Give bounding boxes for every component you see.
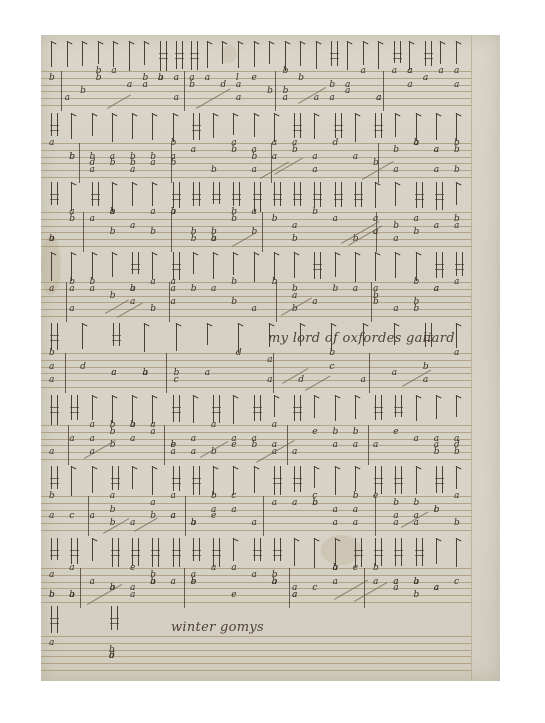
tab-letter: a [171, 512, 176, 521]
tab-letter: a [414, 139, 419, 148]
tab-letter: b [110, 159, 116, 168]
tab-letter: a [272, 421, 277, 430]
tab-letter: b [292, 235, 298, 244]
bar-line [169, 282, 170, 322]
tab-letter: a [211, 506, 216, 515]
staff-line [41, 496, 471, 497]
rhythm-beam [293, 483, 302, 484]
tablature-staff: abbaabaaabeaaabbaebaaeaaabbaaacabaeabaaa… [41, 568, 471, 604]
tab-letter: e [353, 564, 358, 573]
tab-letter: a [373, 578, 378, 587]
rhythm-beam [172, 269, 181, 270]
tab-letter: b [211, 166, 217, 175]
rhythm-beam [393, 58, 402, 59]
tab-letter: d [333, 139, 339, 148]
staff-line [41, 387, 471, 388]
bar-line [88, 496, 89, 536]
rhythm-flag [335, 252, 336, 277]
rhythm-flag [144, 323, 145, 352]
tab-letter: b [90, 278, 96, 287]
tab-letter: a [434, 285, 439, 294]
rhythm-beam [192, 130, 201, 131]
rhythm-beam [253, 550, 262, 551]
rhythm-beam [313, 264, 322, 265]
bar-line [275, 71, 276, 111]
rhythm-beam [293, 407, 302, 408]
rhythm-flag [335, 395, 336, 421]
piece-title-winter-gomys: winter gomys [171, 620, 264, 635]
rhythm-beam [253, 412, 262, 413]
rhythm-grid-sign [274, 466, 275, 495]
tab-letter: b [393, 146, 399, 155]
tab-letter: a [252, 571, 257, 580]
staff-line [41, 219, 471, 220]
rhythm-beam [50, 340, 59, 341]
rhythm-grid-sign [112, 538, 113, 567]
tab-letter: a [150, 499, 155, 508]
rhythm-flag [314, 113, 315, 139]
bar-line [171, 143, 172, 183]
rhythm-grid-sign [51, 323, 52, 350]
rhythm-beam [212, 412, 221, 413]
rhythm-beam [70, 550, 79, 551]
rhythm-grid-sign [173, 395, 174, 422]
staff-line [41, 602, 471, 603]
rhythm-beam [192, 483, 201, 484]
tablature-staff: abbdababbbaabbabababbaaaabaaadababbaaaab… [41, 143, 471, 179]
tab-letter: a [252, 166, 257, 175]
piece-title-oxford-galliard: my lord of oxfordes galiard [268, 331, 455, 346]
tablature-staff: abcaabbabaaaaabeabcaaaacbbaaabaeaabaabcb… [41, 496, 471, 532]
tab-letter: a [361, 376, 366, 385]
bar-line [80, 568, 81, 608]
rhythm-grid-sign [182, 41, 183, 69]
rhythm-beam [50, 478, 59, 479]
tab-letter: a [90, 578, 95, 587]
tab-letter: a [314, 94, 319, 103]
bar-line [273, 353, 274, 393]
tab-letter: a [65, 94, 70, 103]
tab-letter: b [231, 215, 237, 224]
rhythm-beam [131, 264, 140, 265]
tab-letter: e [252, 74, 257, 83]
staff-line [41, 643, 471, 644]
rhythm-flag [254, 252, 255, 282]
rhythm-beam [192, 125, 201, 126]
rhythm-flag [355, 395, 356, 419]
tab-letter: a [252, 146, 257, 155]
tab-letter: b [110, 292, 116, 301]
tab-letter: a [90, 435, 95, 444]
tab-letter: a [252, 305, 257, 314]
rhythm-beam [111, 478, 120, 479]
rhythm-flag [233, 252, 234, 275]
rhythm-beam [374, 555, 383, 556]
rhythm-beam [172, 412, 181, 413]
tab-letter: a [90, 421, 95, 430]
tab-letter: a [174, 94, 179, 103]
rhythm-flag [294, 252, 295, 278]
rhythm-flag [436, 113, 437, 140]
tab-letter: a [392, 67, 397, 76]
rhythm-grid-sign [401, 538, 402, 566]
tab-letter: a [252, 519, 257, 528]
staff-line [41, 296, 471, 297]
tab-letter: a [393, 235, 398, 244]
tab-letter: c [312, 584, 317, 593]
tab-letter: a [69, 435, 74, 444]
rhythm-beam [354, 555, 363, 556]
rhythm-beam [91, 194, 100, 195]
tab-letter: b [373, 292, 379, 301]
rhythm-beam [253, 555, 262, 556]
tab-letter: b [333, 428, 339, 437]
rhythm-flag [238, 41, 239, 68]
tab-letter: b [231, 146, 237, 155]
rhythm-flag [233, 113, 234, 135]
bar-line [61, 71, 62, 111]
rhythm-flag [92, 113, 93, 136]
tab-letter: a [292, 222, 297, 231]
tab-letter: a [454, 492, 459, 501]
staff-line [41, 353, 471, 354]
tab-letter: e [312, 428, 317, 437]
rhythm-grid-sign [401, 466, 402, 494]
tab-letter: a [127, 81, 132, 90]
hold-stroke [282, 368, 308, 384]
rhythm-grid-sign [300, 466, 301, 492]
tab-letter: b [142, 74, 148, 83]
tab-letter: a [205, 369, 210, 378]
rhythm-flag [132, 113, 133, 139]
tab-letter: a [312, 166, 317, 175]
rhythm-grid-sign [132, 252, 133, 274]
rhythm-grid-sign [280, 466, 281, 495]
tab-letter: b [393, 499, 399, 508]
tablature-staff: aaababbaabbaaaababbababbababababbbaaa [41, 282, 471, 318]
rhythm-beam [151, 555, 160, 556]
bar-line [376, 212, 377, 252]
tab-letter: a [191, 571, 196, 580]
tab-letter: a [454, 67, 459, 76]
rhythm-flag [335, 466, 336, 495]
rhythm-flag [395, 252, 396, 278]
rhythm-flag [213, 113, 214, 138]
staff-line [41, 452, 471, 453]
rhythm-beam [131, 269, 140, 270]
rhythm-flag [416, 466, 417, 494]
rhythm-beam [374, 130, 383, 131]
tab-letter: a [434, 584, 439, 593]
rhythm-grid-sign [442, 182, 443, 210]
tab-letter: e [393, 428, 398, 437]
manuscript-page: babbbaaababaaabadlaaebabbbabaaaaaaaaaaaa… [41, 35, 500, 681]
tab-letter: a [376, 94, 381, 103]
rhythm-flag [51, 41, 52, 67]
tab-letter: a [130, 591, 135, 600]
rhythm-flag [92, 466, 93, 493]
rhythm-beam [111, 483, 120, 484]
rhythm-beam [374, 125, 383, 126]
rhythm-grid-sign [213, 182, 214, 204]
tab-letter: a [174, 74, 179, 83]
rhythm-grid-sign [138, 252, 139, 274]
rhythm-flag [314, 538, 315, 568]
rhythm-beam [212, 194, 221, 195]
tab-letter: a [353, 441, 358, 450]
rhythm-flag [456, 323, 457, 348]
tab-letter: b [109, 646, 115, 655]
rhythm-beam [273, 483, 282, 484]
rhythm-flag [363, 41, 364, 65]
tab-letter: b [49, 591, 55, 600]
rhythm-beam [354, 199, 363, 200]
staff-line [41, 656, 471, 657]
tab-letter: b [414, 499, 420, 508]
tab-letter: a [49, 448, 54, 457]
tab-letter: a [90, 512, 95, 521]
tab-letter: c [329, 363, 334, 372]
rhythm-beam [415, 555, 424, 556]
tab-letter: a [333, 564, 338, 573]
rhythm-beam [293, 478, 302, 479]
rhythm-beam [253, 407, 262, 408]
tab-letter: b [211, 235, 217, 244]
rhythm-beam [435, 194, 444, 195]
rhythm-beam [190, 53, 199, 54]
rhythm-flag [112, 252, 113, 277]
tablature-staff: babbbaaababaaabadlaaebabbbabaaaaaaaaaaaa… [41, 71, 471, 107]
rhythm-flag [294, 538, 295, 566]
rhythm-grid-sign [179, 538, 180, 567]
hold-stroke [305, 375, 331, 391]
rhythm-beam [415, 194, 424, 195]
tab-letter: b [414, 305, 420, 314]
rhythm-beam [394, 483, 403, 484]
rhythm-flag [254, 466, 255, 493]
rhythm-flag [92, 395, 93, 420]
tab-letter: a [110, 492, 115, 501]
bar-line [276, 282, 277, 322]
rhythm-beam [334, 130, 343, 131]
tablature-staff: abababbaabaabbbabbbbabbabbabaaabaababa [41, 212, 471, 248]
tab-letter: a [191, 146, 196, 155]
rhythm-beam [394, 478, 403, 479]
bar-line [378, 143, 379, 183]
staff-line [41, 595, 471, 596]
rhythm-beam [172, 483, 181, 484]
rhythm-flag [416, 395, 417, 421]
rhythm-beam [50, 335, 59, 336]
tab-letter: a [236, 81, 241, 90]
rhythm-beam [374, 407, 383, 408]
rhythm-flag [347, 41, 348, 70]
staff-line [41, 670, 471, 671]
rhythm-beam [374, 412, 383, 413]
rhythm-grid-sign [197, 41, 198, 70]
rhythm-flag [71, 113, 72, 139]
rhythm-beam [253, 199, 262, 200]
bar-line [383, 71, 384, 111]
tab-letter: a [49, 285, 54, 294]
tab-letter: a [454, 222, 459, 231]
tab-letter: b [434, 506, 440, 515]
rhythm-beam [192, 194, 201, 195]
tab-letter: b [329, 349, 335, 358]
tab-letter: a [130, 166, 135, 175]
rhythm-grid-sign [132, 538, 133, 566]
rhythm-grid-sign [381, 466, 382, 494]
staff-line [41, 650, 471, 651]
rhythm-flag [207, 323, 208, 345]
tab-letter: b [333, 285, 339, 294]
rhythm-beam [232, 194, 241, 195]
tab-letter: b [110, 428, 116, 437]
tab-letter: b [49, 74, 55, 83]
rhythm-beam [394, 555, 403, 556]
staff-line [41, 91, 471, 92]
rhythm-grid-sign [219, 395, 220, 423]
tab-letter: b [211, 492, 217, 501]
rhythm-flag [112, 113, 113, 142]
rhythm-grid-sign [395, 466, 396, 494]
tab-letter: a [272, 153, 277, 162]
tab-letter: b [283, 67, 289, 76]
tab-letter: a [434, 222, 439, 231]
tab-letter: a [49, 571, 54, 580]
tab-letter: b [454, 448, 460, 457]
rhythm-beam [112, 340, 121, 341]
bar-line [83, 212, 84, 252]
rhythm-beam [273, 555, 282, 556]
rhythm-beam [172, 264, 181, 265]
tab-letter: a [353, 519, 358, 528]
rhythm-grid-sign [179, 252, 180, 280]
staff-line [41, 282, 471, 283]
rhythm-beam [334, 199, 343, 200]
bar-line [263, 496, 264, 536]
rhythm-beam [159, 58, 168, 59]
rhythm-flag [92, 252, 93, 279]
tab-letter: a [171, 285, 176, 294]
rhythm-flag [233, 538, 234, 561]
staff-line [41, 367, 471, 368]
tab-letter: a [373, 441, 378, 450]
rhythm-beam [131, 550, 140, 551]
rhythm-beam [50, 407, 59, 408]
rhythm-flag [82, 323, 83, 349]
tab-letter: a [312, 153, 317, 162]
rhythm-flag [152, 113, 153, 140]
rhythm-flag [355, 113, 356, 142]
paper-stain [221, 45, 237, 63]
staff-line [41, 289, 471, 290]
rhythm-beam [212, 555, 221, 556]
tab-letter: e [231, 591, 236, 600]
rhythm-beam [394, 550, 403, 551]
rhythm-flag [456, 41, 457, 64]
rhythm-flag [378, 41, 379, 69]
rhythm-beam [192, 199, 201, 200]
rhythm-grid-sign [436, 182, 437, 210]
rhythm-beam [172, 550, 181, 551]
tab-letter: a [312, 298, 317, 307]
rhythm-beam [175, 58, 184, 59]
rhythm-flag [132, 182, 133, 206]
tab-letter: a [423, 376, 428, 385]
rhythm-flag [144, 41, 145, 65]
tab-letter: a [49, 363, 54, 372]
tab-letter: a [333, 578, 338, 587]
tab-letter: e [130, 564, 135, 573]
rhythm-flag [456, 466, 457, 489]
tab-letter: b [231, 278, 237, 287]
bar-line [65, 353, 66, 393]
bar-line [371, 282, 372, 322]
rhythm-flag [274, 395, 275, 417]
rhythm-flag [129, 41, 130, 71]
tab-letter: b [90, 153, 96, 162]
tablature-staff: adbb [41, 636, 471, 672]
tab-letter: a [111, 369, 116, 378]
bar-line [364, 568, 365, 608]
rhythm-beam [253, 194, 262, 195]
rhythm-beam [293, 130, 302, 131]
rhythm-beam [455, 264, 464, 265]
bar-line [271, 143, 272, 183]
rhythm-beam [91, 199, 100, 200]
staff-line [41, 177, 471, 178]
tab-letter: d [236, 349, 242, 358]
rhythm-flag [98, 41, 99, 64]
rhythm-grid-sign [314, 252, 315, 279]
tab-letter: a [150, 208, 155, 217]
rhythm-flag [375, 252, 376, 281]
bar-line [184, 568, 185, 608]
rhythm-beam [50, 555, 59, 556]
rhythm-grid-sign [166, 41, 167, 71]
rhythm-beam [172, 407, 181, 408]
tab-letter: a [171, 448, 176, 457]
staff-line [41, 98, 471, 99]
rhythm-beam [354, 194, 363, 195]
tab-letter: b [69, 591, 75, 600]
tab-letter: b [96, 67, 102, 76]
bar-line [184, 71, 185, 111]
rhythm-flag [375, 182, 376, 208]
rhythm-beam [293, 199, 302, 200]
tab-letter: b [353, 428, 359, 437]
tab-letter: a [49, 512, 54, 521]
bar-line [375, 496, 376, 536]
rhythm-flag [152, 182, 153, 206]
tab-letter: a [454, 278, 459, 287]
tab-letter: b [329, 81, 335, 90]
right-margin-rule [471, 35, 472, 681]
tab-letter: b [292, 285, 298, 294]
rhythm-beam [273, 194, 282, 195]
rhythm-beam [394, 407, 403, 408]
rhythm-beam [415, 550, 424, 551]
bar-line [166, 353, 167, 393]
rhythm-beam [110, 623, 119, 624]
staff-line [41, 510, 471, 511]
rhythm-grid-sign [199, 466, 200, 495]
staff-line [41, 143, 471, 144]
rhythm-grid-sign [57, 395, 58, 425]
tab-letter: a [90, 166, 95, 175]
rhythm-beam [70, 412, 79, 413]
